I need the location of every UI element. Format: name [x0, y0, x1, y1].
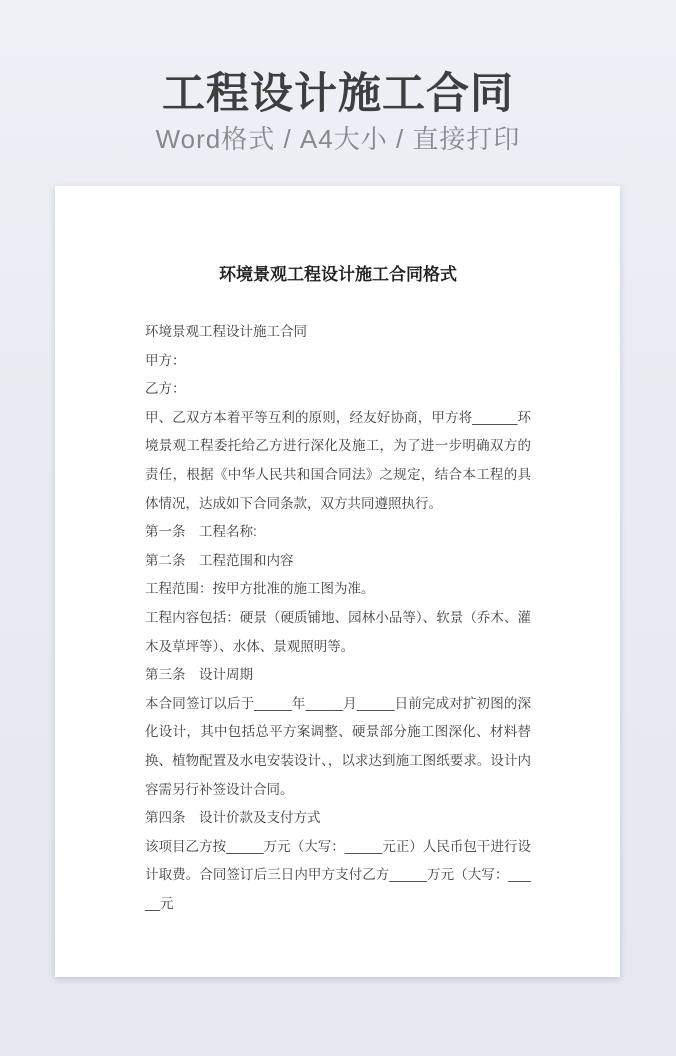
doc-paragraph: 工程范围：按甲方批准的施工图为准。 [145, 575, 531, 604]
doc-paragraph: 第一条 工程名称: [145, 518, 531, 547]
document-body: 环境景观工程设计施工合同 甲方： 乙方： 甲、乙双方本着平等互利的原则，经友好协… [145, 318, 531, 918]
doc-paragraph: 第三条 设计周期 [145, 661, 531, 690]
page-subtitle: Word格式 / A4大小 / 直接打印 [0, 126, 676, 153]
doc-paragraph: 第四条 设计价款及支付方式 [145, 804, 531, 833]
doc-paragraph: 该项目乙方按_____万元（大写：_____元正）人民币包干进行设计取费。合同签… [145, 833, 531, 919]
doc-paragraph: 甲方： [145, 347, 531, 376]
document-title: 环境景观工程设计施工合同格式 [145, 262, 531, 288]
document-page: 环境景观工程设计施工合同格式 环境景观工程设计施工合同 甲方： 乙方： 甲、乙双… [55, 186, 620, 977]
doc-paragraph: 乙方： [145, 375, 531, 404]
doc-paragraph: 环境景观工程设计施工合同 [145, 318, 531, 347]
header-banner: 工程设计施工合同 Word格式 / A4大小 / 直接打印 [0, 72, 676, 153]
page-title: 工程设计施工合同 [0, 72, 676, 116]
doc-paragraph: 第二条 工程范围和内容 [145, 547, 531, 576]
doc-paragraph: 甲、乙双方本着平等互利的原则，经友好协商，甲方将______环境景观工程委托给乙… [145, 404, 531, 518]
doc-paragraph: 工程内容包括：硬景（硬质铺地、园林小品等）、软景（乔木、灌木及草坪等）、水体、景… [145, 604, 531, 661]
doc-paragraph: 本合同签订以后于_____年_____月_____日前完成对扩初图的深化设计，其… [145, 690, 531, 804]
